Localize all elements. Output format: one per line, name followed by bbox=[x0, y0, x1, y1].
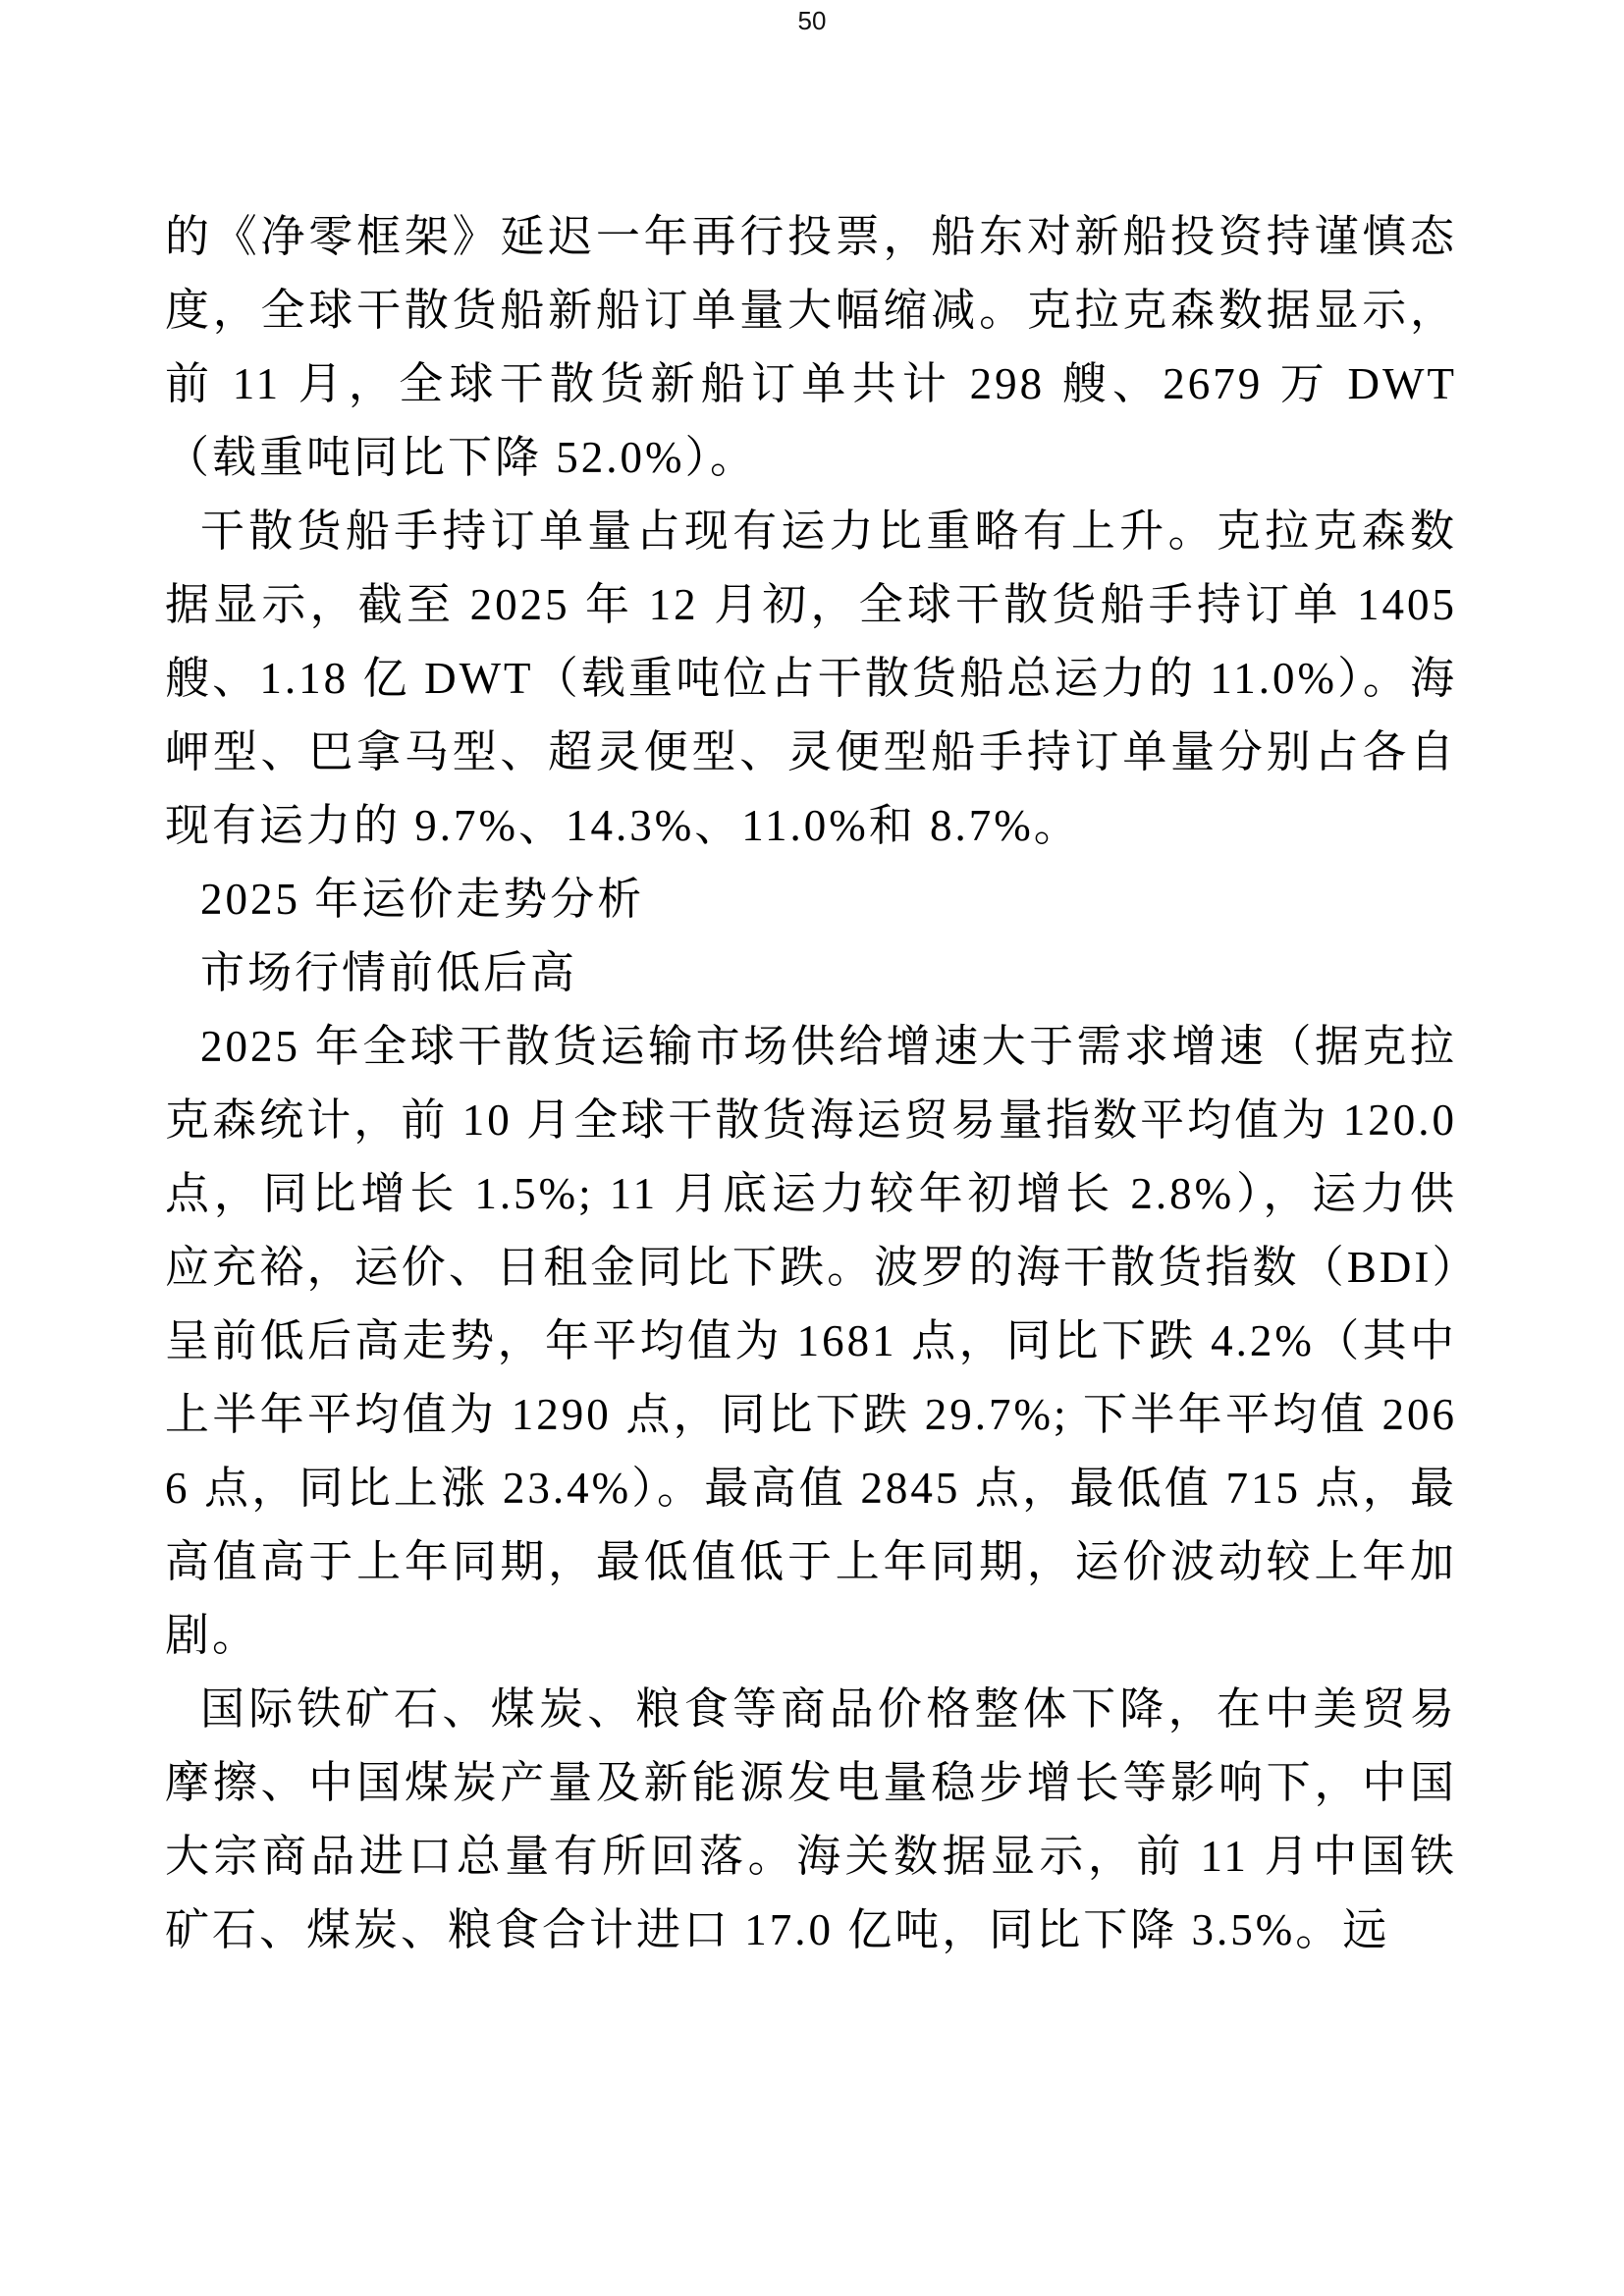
document-body: 的《净零框架》延迟一年再行投票，船东对新船投资持谨慎态度，全球干散货船新船订单量… bbox=[165, 200, 1457, 1967]
section-line-price-trend-analysis: 2025 年运价走势分析 bbox=[165, 863, 1457, 936]
document-page: 50 的《净零框架》延迟一年再行投票，船东对新船投资持谨慎态度，全球干散货船新船… bbox=[0, 0, 1624, 2296]
body-paragraph: 2025 年全球干散货运输市场供给增速大于需求增速（据克拉克森统计，前 10 月… bbox=[165, 1010, 1457, 1673]
body-paragraph: 干散货船手持订单量占现有运力比重略有上升。克拉克森数据显示，截至 2025 年 … bbox=[165, 495, 1457, 863]
body-paragraph: 国际铁矿石、煤炭、粮食等商品价格整体下降，在中美贸易摩擦、中国煤炭产量及新能源发… bbox=[165, 1673, 1457, 1967]
body-paragraph: 的《净零框架》延迟一年再行投票，船东对新船投资持谨慎态度，全球干散货船新船订单量… bbox=[165, 200, 1457, 495]
page-number: 50 bbox=[0, 6, 1624, 35]
section-line-market-low-then-high: 市场行情前低后高 bbox=[165, 936, 1457, 1010]
